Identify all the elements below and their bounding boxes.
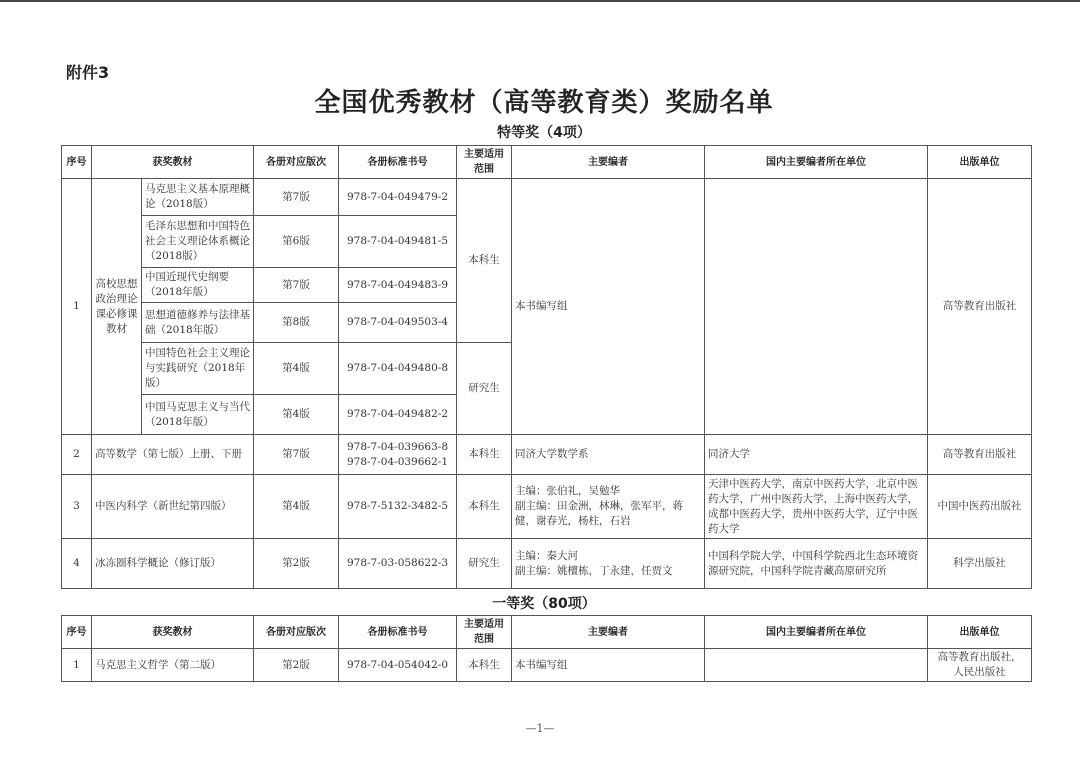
book-title: 中国近现代史纲要（2018年版）: [142, 268, 254, 303]
row-no: 3: [62, 475, 92, 539]
section-heading-first: 一等奖（80项）: [0, 593, 1080, 613]
row-no: 1: [62, 649, 92, 682]
col-book: 获奖教材: [92, 146, 254, 179]
book-edition: 第4版: [254, 343, 339, 395]
table-row: 3 中医内科学（新世纪第四版） 第4版 978-7-5132-3482-5 本科…: [62, 475, 1032, 539]
col-affiliation: 国内主要编者所在单位: [705, 146, 928, 179]
row-no: 1: [62, 179, 92, 435]
book-edition: 第7版: [254, 179, 339, 216]
col-edition: 各册对应版次: [254, 616, 339, 649]
book-title: 中国特色社会主义理论与实践研究（2018年版）: [142, 343, 254, 395]
editors: 本书编写组: [512, 649, 705, 682]
col-affiliation: 国内主要编者所在单位: [705, 616, 928, 649]
attachment-label: 附件3: [66, 60, 109, 83]
book-edition: 第2版: [254, 539, 339, 589]
row-no: 2: [62, 435, 92, 475]
publisher: 中国中医药出版社: [928, 475, 1032, 539]
book-edition: 第8版: [254, 303, 339, 343]
scope: 本科生: [457, 475, 512, 539]
scope: 本科生: [457, 179, 512, 343]
affiliation: 天津中医药大学，南京中医药大学，北京中医药大学，广州中医药大学，上海中医药大学，…: [705, 475, 928, 539]
editors: 主编：张伯礼，吴勉华 副主编：田金洲，林琳，张军平，蒋健，谢春光，杨柱，石岩: [512, 475, 705, 539]
book-isbn: 978-7-04-054042-0: [339, 649, 457, 682]
publisher: 高等教育出版社: [928, 179, 1032, 435]
top-border: [0, 0, 1080, 2]
affiliation: [705, 649, 928, 682]
book-isbn: 978-7-04-049482-2: [339, 395, 457, 435]
book-isbn: 978-7-04-039663-8 978-7-04-039662-1: [339, 435, 457, 475]
col-isbn: 各册标准书号: [339, 616, 457, 649]
table-row: 1 马克思主义哲学（第二版） 第2版 978-7-04-054042-0 本科生…: [62, 649, 1032, 682]
special-award-table: 序号 获奖教材 各册对应版次 各册标准书号 主要适用 范围 主要编者 国内主要编…: [61, 145, 1032, 589]
book-edition: 第4版: [254, 395, 339, 435]
book-isbn: 978-7-5132-3482-5: [339, 475, 457, 539]
book-edition: 第4版: [254, 475, 339, 539]
col-isbn: 各册标准书号: [339, 146, 457, 179]
book-edition: 第7版: [254, 435, 339, 475]
publisher: 高等教育出版社， 人民出版社: [928, 649, 1032, 682]
book-isbn: 978-7-04-049480-8: [339, 343, 457, 395]
page-title: 全国优秀教材（高等教育类）奖励名单: [0, 82, 1080, 119]
book-title: 中医内科学（新世纪第四版）: [92, 475, 254, 539]
scope: 本科生: [457, 649, 512, 682]
scope: 本科生: [457, 435, 512, 475]
col-no: 序号: [62, 616, 92, 649]
editors: 主编：秦大河 副主编：姚檀栋，丁永建，任贾文: [512, 539, 705, 589]
table-row: 4 冰冻圈科学概论（修订版） 第2版 978-7-03-058622-3 研究生…: [62, 539, 1032, 589]
first-award-table: 序号 获奖教材 各册对应版次 各册标准书号 主要适用 范围 主要编者 国内主要编…: [61, 615, 1032, 682]
book-isbn: 978-7-04-049479-2: [339, 179, 457, 216]
affiliation: [705, 179, 928, 435]
col-scope: 主要适用 范围: [457, 146, 512, 179]
col-edition: 各册对应版次: [254, 146, 339, 179]
publisher: 科学出版社: [928, 539, 1032, 589]
col-publisher: 出版单位: [928, 146, 1032, 179]
book-title: 思想道德修养与法律基础（2018年版）: [142, 303, 254, 343]
table-header-row: 序号 获奖教材 各册对应版次 各册标准书号 主要适用 范围 主要编者 国内主要编…: [62, 146, 1032, 179]
col-no: 序号: [62, 146, 92, 179]
section-heading-special: 特等奖（4项）: [0, 122, 1080, 142]
scope: 研究生: [457, 343, 512, 435]
book-isbn: 978-7-04-049483-9: [339, 268, 457, 303]
book-edition: 第2版: [254, 649, 339, 682]
book-edition: 第7版: [254, 268, 339, 303]
scope: 研究生: [457, 539, 512, 589]
book-title: 毛泽东思想和中国特色社会主义理论体系概论（2018版）: [142, 216, 254, 268]
book-group: 高校思想政治理论课必修课教材: [92, 179, 142, 435]
editors: 本书编写组: [512, 179, 705, 435]
row-no: 4: [62, 539, 92, 589]
col-book: 获奖教材: [92, 616, 254, 649]
col-editors: 主要编者: [512, 146, 705, 179]
book-title: 中国马克思主义与当代（2018年版）: [142, 395, 254, 435]
page-number: —1—: [0, 722, 1080, 735]
col-publisher: 出版单位: [928, 616, 1032, 649]
book-title: 马克思主义哲学（第二版）: [92, 649, 254, 682]
table-row: 1 高校思想政治理论课必修课教材 马克思主义基本原理概论（2018版） 第7版 …: [62, 179, 1032, 216]
book-title: 冰冻圈科学概论（修订版）: [92, 539, 254, 589]
book-isbn: 978-7-03-058622-3: [339, 539, 457, 589]
book-isbn: 978-7-04-049503-4: [339, 303, 457, 343]
col-scope: 主要适用 范围: [457, 616, 512, 649]
affiliation: 同济大学: [705, 435, 928, 475]
table-row: 2 高等数学（第七版）上册、下册 第7版 978-7-04-039663-8 9…: [62, 435, 1032, 475]
col-editors: 主要编者: [512, 616, 705, 649]
book-edition: 第6版: [254, 216, 339, 268]
book-title: 高等数学（第七版）上册、下册: [92, 435, 254, 475]
affiliation: 中国科学院大学，中国科学院西北生态环境资源研究院，中国科学院青藏高原研究所: [705, 539, 928, 589]
publisher: 高等教育出版社: [928, 435, 1032, 475]
book-title: 马克思主义基本原理概论（2018版）: [142, 179, 254, 216]
editors: 同济大学数学系: [512, 435, 705, 475]
book-isbn: 978-7-04-049481-5: [339, 216, 457, 268]
table-header-row: 序号 获奖教材 各册对应版次 各册标准书号 主要适用 范围 主要编者 国内主要编…: [62, 616, 1032, 649]
